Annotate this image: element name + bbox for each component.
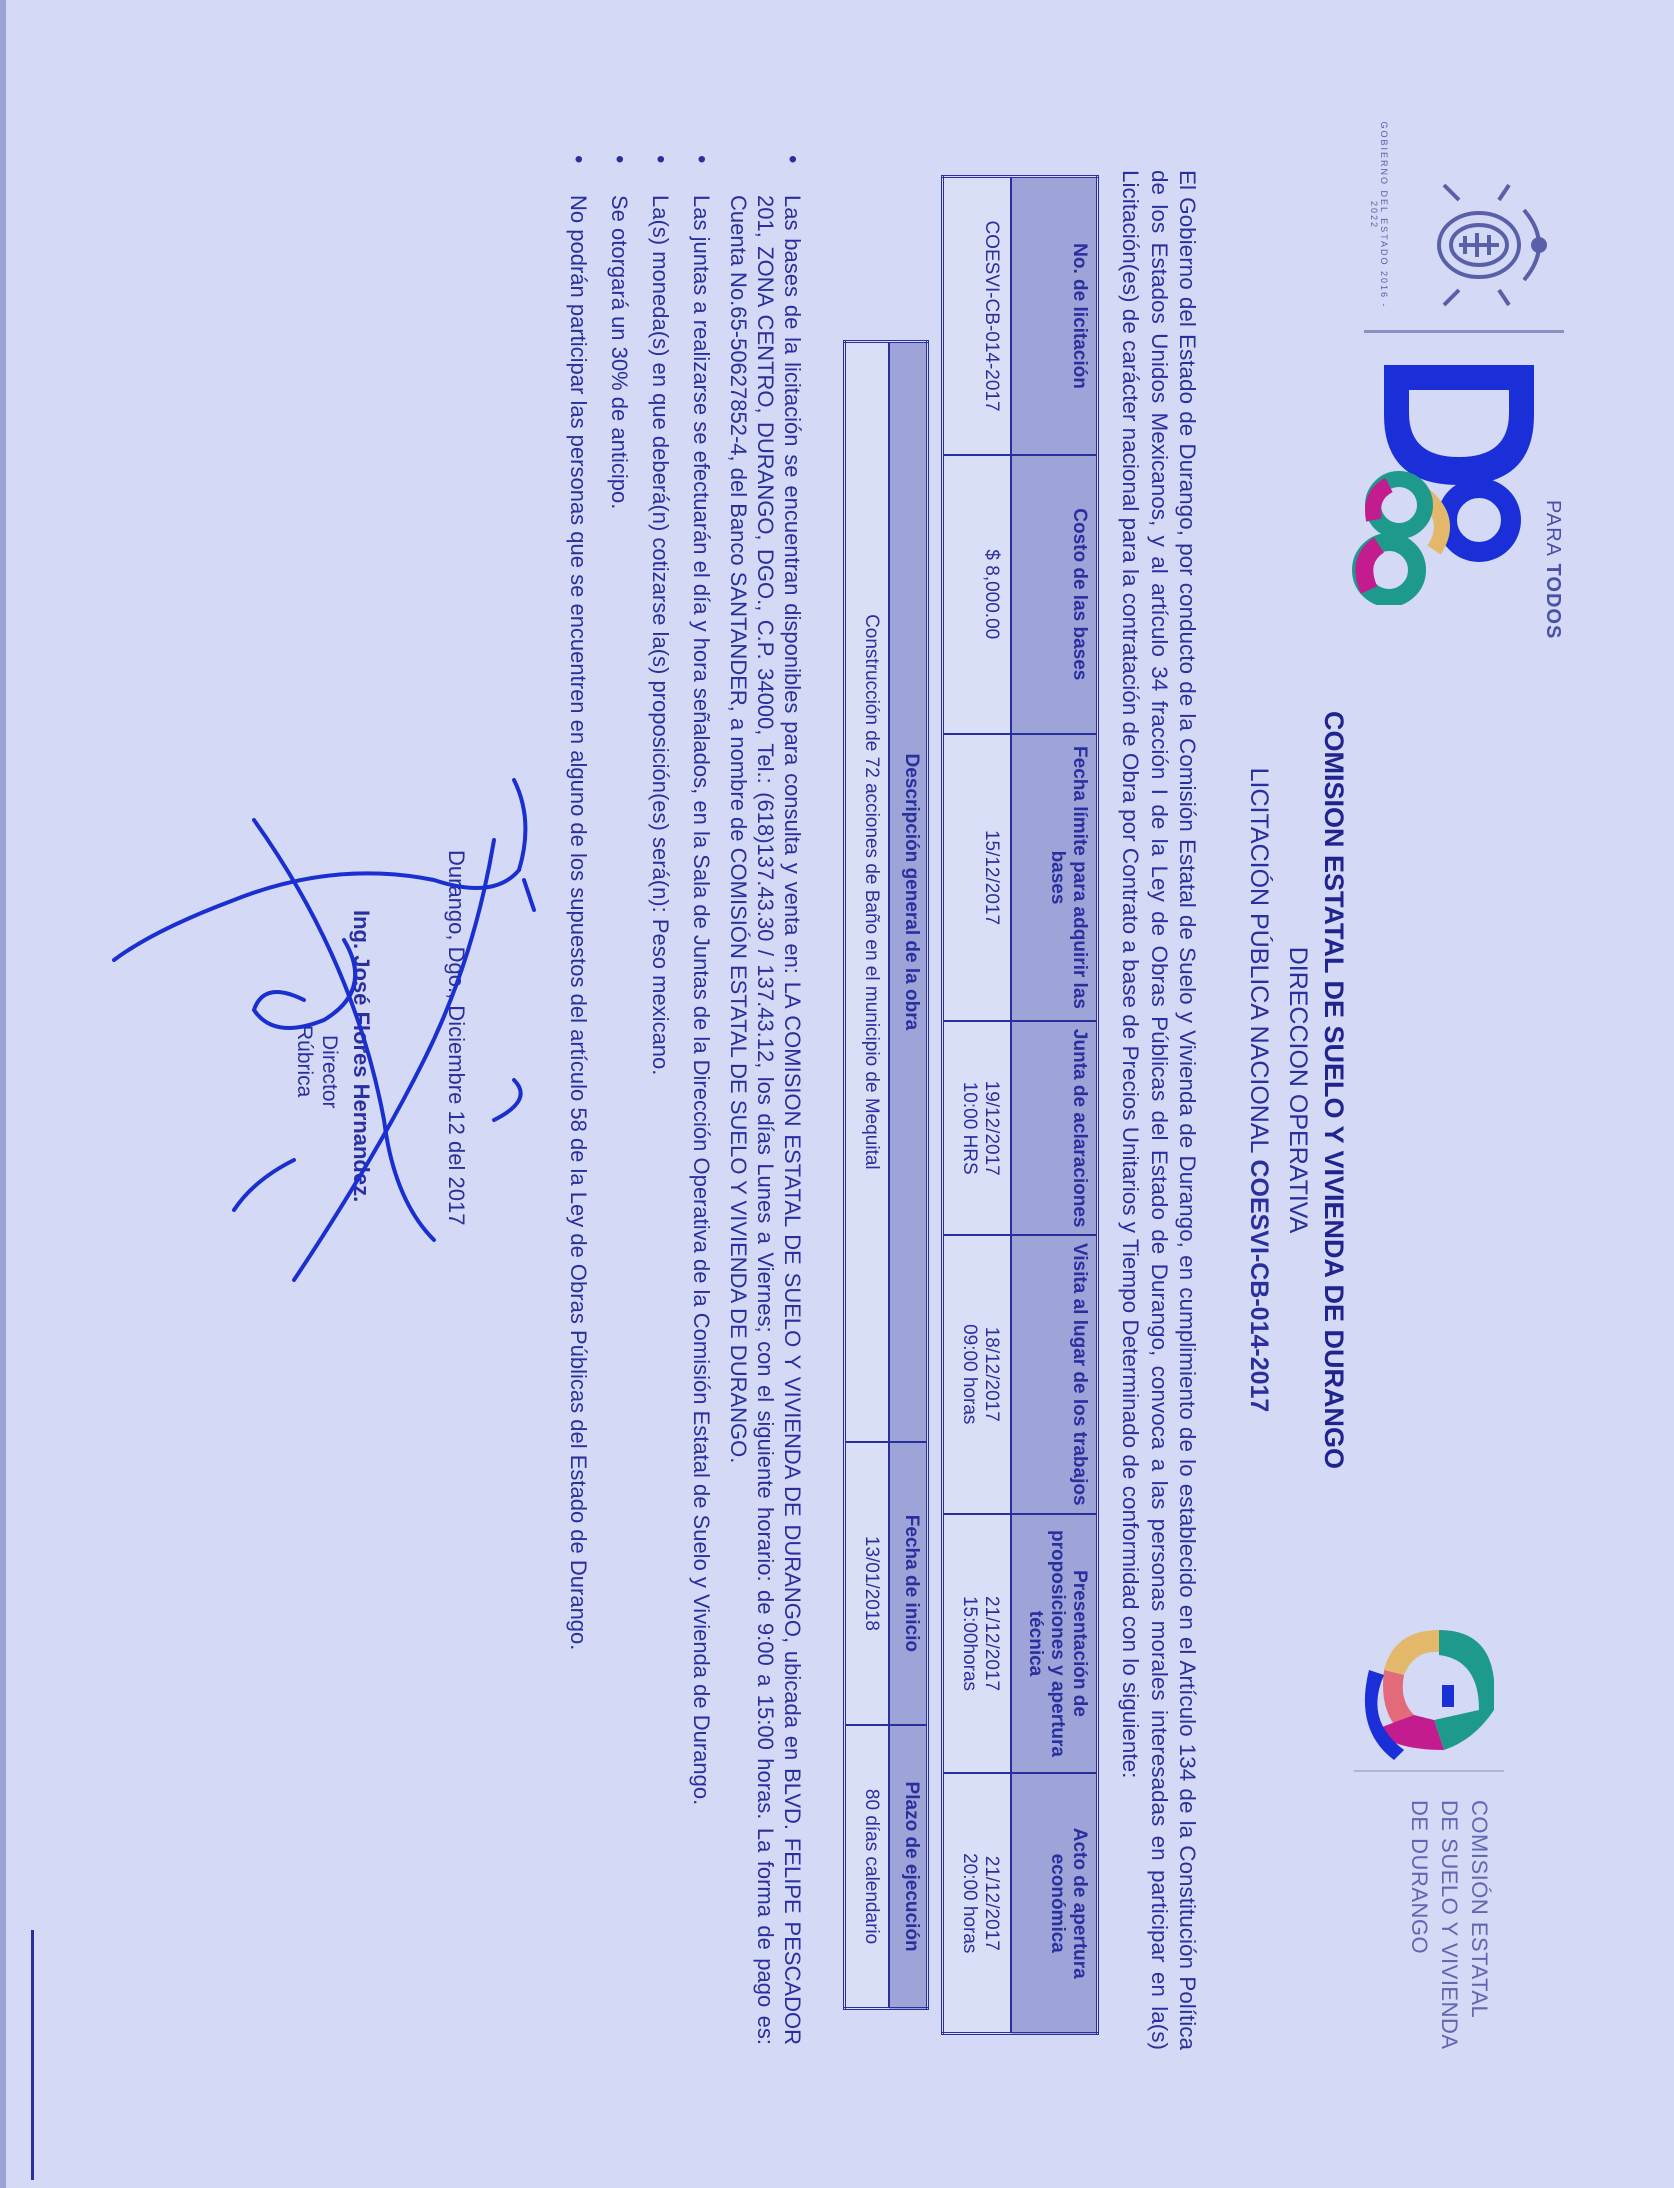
cell-presentacion: 21/12/2017 15:00horas (943, 1514, 1012, 1774)
col-header-apertura: Acto de apertura económica (1011, 1773, 1098, 2033)
cell-apertura: 21/12/2017 20:00 horas (943, 1773, 1012, 2033)
cell-visita-fecha: 18/12/2017 (980, 1242, 1002, 1507)
col-header-descripcion: Descripción general de la obra (889, 342, 928, 1442)
coesvi-logo-text-line: DE SUELO Y VIVIENDA (1434, 1800, 1464, 2050)
licitacion-number: COESVI-CB-014-2017 (1245, 1159, 1273, 1412)
cell-junta-hora: 10:00 HRS (958, 1028, 980, 1228)
cell-presentacion-hora: 15:00horas (958, 1521, 980, 1767)
cell-presentacion-fecha: 21/12/2017 (980, 1521, 1002, 1767)
cell-junta: 19/12/2017 10:00 HRS (943, 1021, 1012, 1235)
dgo-tagline-word: TODOS (1542, 564, 1564, 640)
footer-rule (31, 1930, 34, 2180)
list-item: No podrán participar las personas que se… (565, 155, 592, 2045)
col-header-fecha-limite: Fecha límite para adquirir las bases (1011, 734, 1098, 1022)
intro-paragraph: El Gobierno del Estado de Durango, por c… (1116, 170, 1202, 2050)
cell-junta-fecha: 19/12/2017 (980, 1028, 1002, 1228)
col-header-costo: Costo de las bases (1011, 455, 1098, 734)
logo-divider (1364, 330, 1564, 333)
list-item: Se otorgará un 30% de anticipo. (606, 155, 633, 2045)
document-page: GOBIERNO DEL ESTADO 2016 - 2022 PARA TOD… (0, 0, 1674, 2188)
col-header-junta: Junta de aclaraciones (1011, 1021, 1098, 1235)
licitacion-schedule-table: No. de licitación Costo de las bases Fec… (941, 175, 1099, 2035)
title-block: COMISION ESTATAL DE SUELO Y VIVIENDA DE … (1244, 620, 1349, 1560)
department-subtitle: DIRECCION OPERATIVA (1283, 620, 1312, 1560)
dgo-tagline-prefix: PARA (1542, 500, 1564, 557)
cell-numero: COESVI-CB-014-2017 (943, 177, 1012, 456)
licitacion-prefix: LICITACIÓN PÚBLICA NACIONAL (1245, 768, 1273, 1153)
col-header-presentacion: Presentación de proposiciones y apertura… (1011, 1514, 1098, 1774)
cell-fecha-inicio: 13/01/2018 (845, 1442, 890, 1725)
coesvi-logo-text-line: DE DURANGO (1404, 1800, 1434, 2050)
cell-visita: 18/12/2017 09:00 horas (943, 1235, 1012, 1514)
col-header-plazo: Plazo de ejecución (889, 1725, 928, 2008)
coat-of-arms-caption: GOBIERNO DEL ESTADO 2016 - 2022 (1369, 120, 1389, 310)
licitacion-subtitle: LICITACIÓN PÚBLICA NACIONAL COESVI-CB-01… (1244, 620, 1273, 1560)
coesvi-logo-icon (1364, 1600, 1514, 1760)
cell-fecha-limite: 15/12/2017 (943, 734, 1012, 1022)
right-logo-divider (1354, 1770, 1504, 1772)
col-header-visita: Visita al lugar de los trabajos (1011, 1235, 1098, 1514)
conditions-list: Las bases de la licitación se encuentran… (551, 155, 806, 2045)
col-header-fecha-inicio: Fecha de inicio (889, 1442, 928, 1725)
page-title: COMISION ESTATAL DE SUELO Y VIVIENDA DE … (1318, 620, 1349, 1560)
col-header-numero: No. de licitación (1011, 177, 1098, 456)
coesvi-logo-text: COMISIÓN ESTATAL DE SUELO Y VIVIENDA DE … (1404, 1800, 1494, 2050)
cell-descripcion: Construcción de 72 acciones de Baño en e… (845, 342, 890, 1442)
cell-plazo: 80 días calendario (845, 1725, 890, 2008)
cell-apertura-fecha: 21/12/2017 (980, 1780, 1002, 2026)
table-row: COESVI-CB-014-2017 $ 8,000.00 15/12/2017… (943, 177, 1012, 2034)
cell-costo: $ 8,000.00 (943, 455, 1012, 734)
handwritten-signature-icon (94, 760, 554, 1320)
list-item: Las juntas a realizarse se efectuarán el… (688, 155, 715, 2045)
table-row: Construcción de 72 acciones de Baño en e… (845, 342, 890, 2009)
dgo-tagline: PARA TODOS (1541, 500, 1564, 639)
list-item: La(s) moneda(s) en que deberá(n) cotizar… (647, 155, 674, 2045)
dgo-para-todos-logo-icon (1344, 345, 1574, 605)
table-header-row: No. de licitación Costo de las bases Fec… (1011, 177, 1098, 2034)
table-header-row: Descripción general de la obra Fecha de … (889, 342, 928, 2009)
list-item: Las bases de la licitación se encuentran… (725, 155, 806, 2045)
coesvi-logo-text-line: COMISIÓN ESTATAL (1464, 1800, 1494, 2050)
cell-apertura-hora: 20:00 horas (958, 1780, 980, 2026)
obra-description-table: Descripción general de la obra Fecha de … (843, 340, 929, 2010)
coat-of-arms-icon (1409, 170, 1559, 320)
cell-visita-hora: 09:00 horas (958, 1242, 980, 1507)
